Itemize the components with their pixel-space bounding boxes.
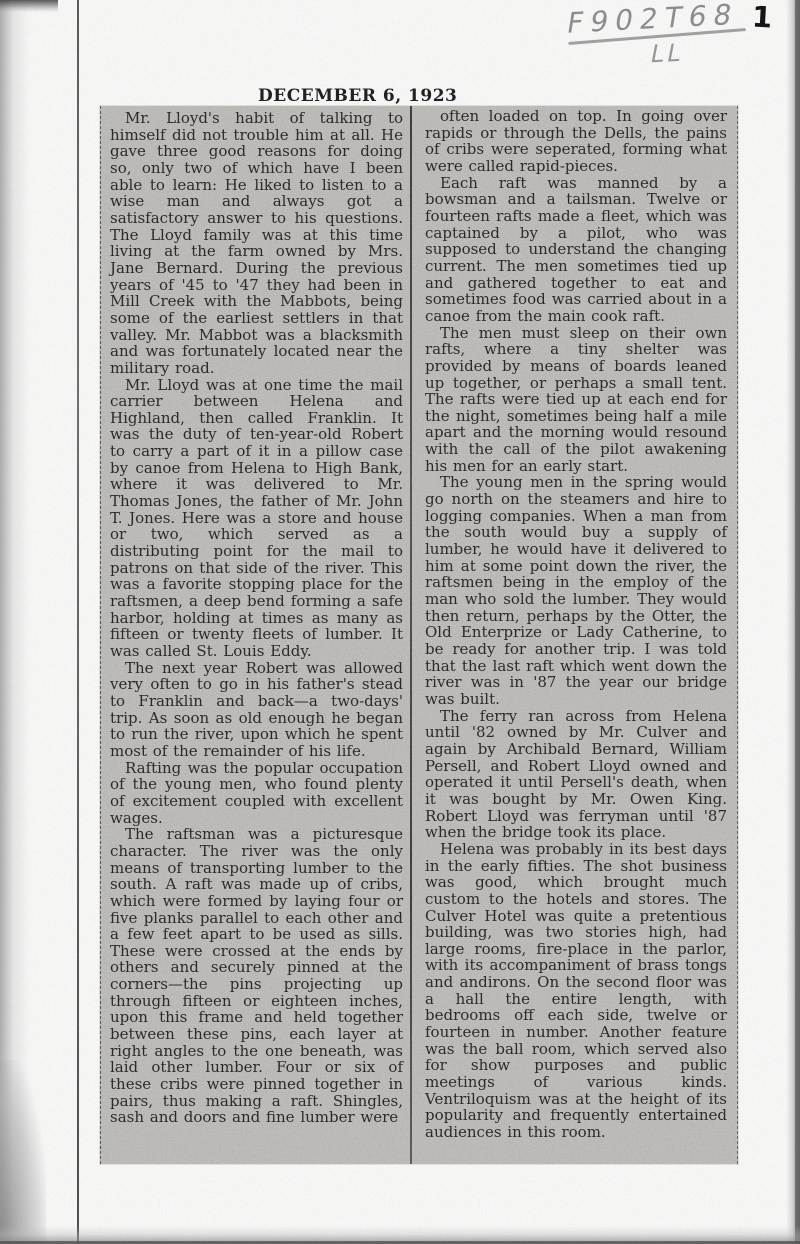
scan-corner-top-left-mark — [0, 0, 58, 12]
article-paragraph: Mr. Lloyd's habit of talking to himself … — [110, 110, 403, 377]
article-paragraph: Each raft was manned by a bowsman and a … — [425, 175, 727, 325]
archivist-initials: LL — [648, 35, 749, 68]
dateline: DECEMBER 6, 1923 — [258, 86, 458, 106]
page-number: 1 — [751, 0, 773, 35]
article-column-left: Mr. Lloyd's habit of talking to himself … — [100, 106, 410, 1164]
article-column-right: often loaded on top. In going over rapid… — [412, 106, 738, 1164]
page-fold-line — [77, 0, 79, 1244]
article-paragraph: Mr. Lloyd was at one time the mail carri… — [110, 377, 403, 660]
archive-code: F902T68 — [565, 0, 748, 40]
scan-edge-left-shadow — [0, 0, 30, 1244]
scan-edge-right-line — [795, 0, 800, 1244]
handwritten-annotation: F902T68 LL — [566, 0, 747, 73]
article-paragraph: The young men in the spring would go nor… — [425, 474, 727, 707]
newspaper-clipping: Mr. Lloyd's habit of talking to himself … — [100, 106, 738, 1164]
article-paragraph: The men must sleep on their own rafts, w… — [425, 325, 727, 475]
article-paragraph: The ferry ran across from Helena until '… — [425, 708, 727, 841]
scanned-page: F902T68 LL 1 DECEMBER 6, 1923 Mr. Lloyd'… — [0, 0, 800, 1244]
article-paragraph: Rafting was the popular occupation of th… — [110, 760, 403, 827]
article-paragraph: often loaded on top. In going over rapid… — [425, 108, 727, 175]
article-paragraph: The raftsman was a picturesque character… — [110, 826, 403, 1126]
scan-corner-bottom-left-shadow — [0, 1060, 46, 1244]
article-paragraph: Helena was probably in its best days in … — [425, 841, 727, 1141]
article-paragraph: The next year Robert was allowed very of… — [110, 660, 403, 760]
